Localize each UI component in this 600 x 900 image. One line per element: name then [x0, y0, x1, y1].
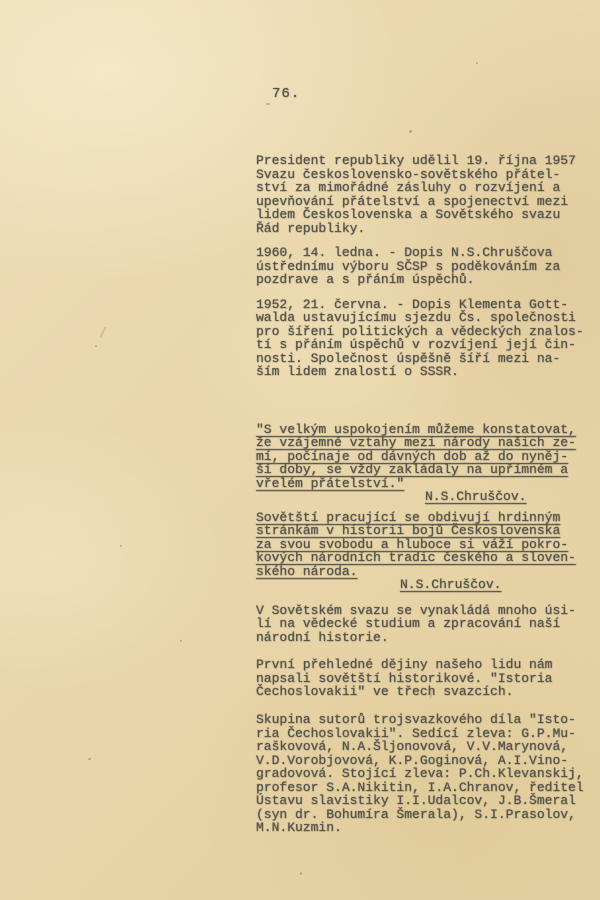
paper-speck: [476, 62, 478, 64]
quote-khrushchev-1: "S velkým uspokojením můžeme konstatovat…: [256, 423, 592, 491]
paper-speck: [180, 640, 182, 642]
scanned-page: 76. President republiky udělil 19. října…: [0, 0, 600, 900]
paragraph-authors-photo-caption: Skupina sutorů trojsvazkového díla "Isto…: [256, 713, 592, 835]
signature-khrushchev-2: N.S.Chruščov.: [256, 578, 592, 592]
paper-speck: [95, 345, 97, 347]
entry-1960-letter: 1960, 14. ledna. - Dopis N.S.Chruščova ú…: [256, 246, 592, 287]
paragraph-soviet-research: V Sovětském svazu se vynakládá mnoho úsi…: [256, 604, 592, 645]
paper-speck: [300, 872, 302, 875]
paragraph-first-history: První přehledné dějiny našeho lidu nám n…: [256, 658, 592, 699]
text-column: President republiky udělil 19. října 195…: [256, 154, 592, 835]
paper-speck: [120, 545, 122, 547]
page-number: 76.: [272, 86, 300, 102]
signature-khrushchev-1: N.S.Chruščov.: [256, 490, 592, 504]
paper-speck: [88, 758, 91, 760]
entry-1952-letter: 1952, 21. června. - Dopis Klementa Gott-…: [256, 298, 592, 379]
paper-fiber: [99, 326, 106, 337]
paragraph-president-award-1957: President republiky udělil 19. října 195…: [256, 154, 592, 235]
paper-speck: [266, 103, 270, 105]
quote-khrushchev-2: Sovětští pracující se obdivují hrdinným …: [256, 511, 592, 579]
paper-speck: [409, 130, 412, 133]
